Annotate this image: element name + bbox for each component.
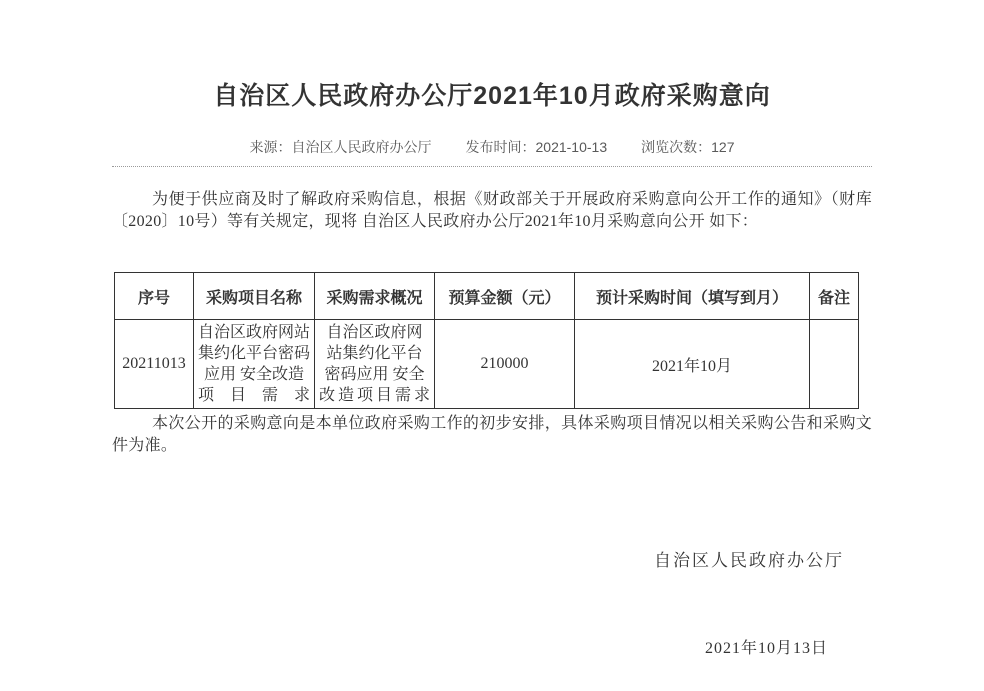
article-meta: 来源：自治区人民政府办公厅 发布时间：2021-10-13 浏览次数：127 bbox=[112, 138, 872, 157]
signature-date: 2021年10月13日 bbox=[112, 638, 872, 660]
cell-budget: 210000 bbox=[435, 320, 575, 409]
table-header-row: 序号 采购项目名称 采购需求概况 预算金额（元） 预计采购时间（填写到月） 备注 bbox=[115, 273, 859, 320]
intro-paragraph: 为便于供应商及时了解政府采购信息，根据《财政部关于开展政府采购意向公开工作的通知… bbox=[112, 189, 872, 233]
col-header-project-name: 采购项目名称 bbox=[194, 273, 315, 320]
col-header-serial: 序号 bbox=[115, 273, 194, 320]
col-header-budget: 预算金额（元） bbox=[435, 273, 575, 320]
cell-purchase-time: 2021年10月 bbox=[575, 320, 810, 409]
cell-project-name: 自治区政府网站集约化平台密码应用 安全改造项目需求 bbox=[194, 320, 315, 409]
cell-demand-overview: 自治区政府网站集约化平台密码应用 安全改造项目需求 bbox=[315, 320, 435, 409]
signature-org: 自治区人民政府办公厅 bbox=[112, 550, 872, 572]
meta-view-count: 浏览次数：127 bbox=[641, 138, 734, 157]
table-row: 20211013 自治区政府网站集约化平台密码应用 安全改造项目需求 自治区政府… bbox=[115, 320, 859, 409]
col-header-demand-overview: 采购需求概况 bbox=[315, 273, 435, 320]
closing-paragraph: 本次公开的采购意向是本单位政府采购工作的初步安排，具体采购项目情况以相关采购公告… bbox=[112, 413, 872, 457]
meta-publish-time: 发布时间：2021-10-13 bbox=[466, 138, 608, 157]
col-header-remarks: 备注 bbox=[810, 273, 859, 320]
meta-source: 来源：自治区人民政府办公厅 bbox=[250, 138, 432, 157]
dotted-divider bbox=[112, 166, 872, 167]
cell-serial: 20211013 bbox=[115, 320, 194, 409]
procurement-intent-table: 序号 采购项目名称 采购需求概况 预算金额（元） 预计采购时间（填写到月） 备注… bbox=[114, 272, 859, 409]
document-page: 自治区人民政府办公厅2021年10月政府采购意向 来源：自治区人民政府办公厅 发… bbox=[112, 0, 872, 660]
cell-remarks bbox=[810, 320, 859, 409]
page-title: 自治区人民政府办公厅2021年10月政府采购意向 bbox=[112, 80, 872, 112]
col-header-purchase-time: 预计采购时间（填写到月） bbox=[575, 273, 810, 320]
